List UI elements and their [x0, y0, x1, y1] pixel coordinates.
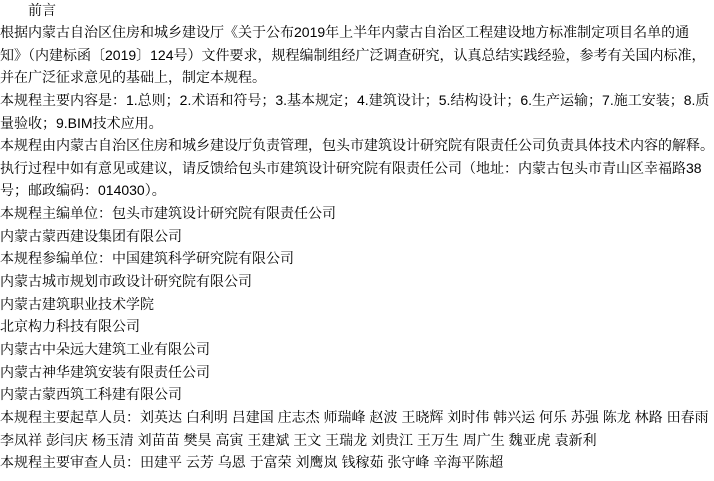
- paragraph-line: 根据内蒙古自治区住房和城乡建设厅《关于公布2019年上半年内蒙古自治区工程建设地…: [0, 21, 714, 44]
- paragraph-line: 并在广泛征求意见的基础上，制定本规程。: [0, 66, 714, 89]
- management-line: 本规程由内蒙古自治区住房和城乡建设厅负责管理，包头市建筑设计研究院有限责任公司负…: [0, 134, 714, 157]
- participating-unit-line: 内蒙古建筑职业技术学院: [0, 293, 714, 316]
- chief-editor-unit-line: 内蒙古蒙西建设集团有限公司: [0, 225, 714, 248]
- chief-editor-unit-line: 本规程主编单位：包头市建筑设计研究院有限责任公司: [0, 202, 714, 225]
- drafters-line: 本规程主要起草人员：刘英达 白利明 吕建国 庄志杰 师瑞峰 赵波 王晓辉 刘时伟…: [0, 406, 714, 429]
- management-line: 执行过程中如有意见或建议，请反馈给包头市建筑设计研究院有限责任公司（地址：内蒙古…: [0, 157, 714, 180]
- reviewers-line: 本规程主要审查人员：田建平 云芳 乌恩 于富荣 刘鹰岚 钱稼茹 张守峰 辛海平陈…: [0, 451, 714, 474]
- participating-unit-line: 内蒙古城市规划市政设计研究院有限公司: [0, 270, 714, 293]
- document-page: 前言 根据内蒙古自治区住房和城乡建设厅《关于公布2019年上半年内蒙古自治区工程…: [0, 0, 714, 481]
- participating-unit-line: 内蒙古蒙西筑工科建有限公司: [0, 383, 714, 406]
- contents-line: 量验收；9.BIM技术应用。: [0, 112, 714, 135]
- contents-line: 本规程主要内容是：1.总则；2.术语和符号；3.基本规定；4.建筑设计；5.结构…: [0, 89, 714, 112]
- participating-unit-line: 内蒙古神华建筑安装有限责任公司: [0, 361, 714, 384]
- participating-unit-line: 内蒙古中朵远大建筑工业有限公司: [0, 338, 714, 361]
- paragraph-line: 知》（内建标函〔2019〕124号）文件要求，规程编制组经广泛调查研究，认真总结…: [0, 44, 714, 67]
- preface-heading: 前言: [0, 2, 714, 21]
- participating-unit-line: 北京构力科技有限公司: [0, 315, 714, 338]
- drafters-line: 李凤祥 彭闫庆 杨玉清 刘苗苗 樊昊 高寅 王建斌 王文 王瑞龙 刘贵江 王万生…: [0, 429, 714, 452]
- management-line: 号；邮政编码：014030）。: [0, 179, 714, 202]
- participating-unit-line: 本规程参编单位：中国建筑科学研究院有限公司: [0, 247, 714, 270]
